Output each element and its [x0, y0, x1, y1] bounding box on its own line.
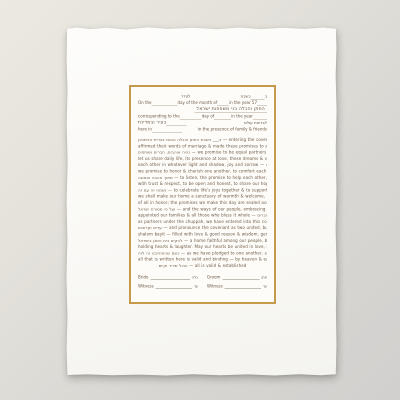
label-day-of: day of: [202, 113, 214, 120]
gold-border-frame: לסדר בשבת ב On the day of the month of i…: [129, 85, 276, 304]
signature-hebrew-label: עד: [194, 284, 198, 289]
signature-hebrew-label: עד: [263, 284, 267, 289]
signature-column-left: Bride כלה Witness עד: [138, 275, 198, 289]
signature-section: Bride כלה Witness עד: [138, 275, 267, 289]
signature-column-right: Groom חתן Witness עד: [207, 275, 267, 289]
hebrew-names-script: החתן והכלה בני משפחות ישראל: [195, 106, 267, 113]
ketubah-body-text: ב‍___ בשבת החתן והכלה נכנסו בברית הנישוא…: [138, 137, 267, 269]
blank-field: [152, 128, 182, 133]
blank-field: [214, 115, 231, 120]
signature-line-witness-left: Witness עד: [138, 284, 198, 289]
label-on-the: On the: [138, 100, 152, 107]
signature-line-groom: Groom חתן: [207, 275, 267, 280]
blank-field: [167, 121, 187, 126]
signature-hebrew-label: כלה: [192, 275, 198, 280]
signature-label: Groom: [207, 275, 220, 280]
label-presence: in the presence of family & friends: [198, 126, 267, 133]
body-text-line: ב‍___ בשבת החתן והכלה נכנסו בברית הנישוא…: [138, 137, 267, 143]
signature-hebrew-label: חתן: [261, 275, 267, 280]
body-text-line: holding hearts & laughter. May our heart…: [138, 244, 267, 250]
ketubah-content: לסדר בשבת ב On the day of the month of i…: [131, 87, 274, 302]
body-text-line: נהיה אוהבים, חברים ושותפים — we promise …: [138, 150, 267, 156]
label-here-in: here in: [138, 126, 152, 133]
signature-blank-line: [225, 285, 261, 290]
signature-label: Witness: [138, 284, 154, 289]
hebrew-corner-letter: ב: [265, 93, 267, 100]
photo-background: לסדר בשבת ב On the day of the month of i…: [0, 0, 400, 400]
signature-label: Witness: [207, 284, 223, 289]
signature-label: Bride: [138, 275, 149, 280]
body-text-line: והכל שריר וקיים — all is valid & establi…: [138, 263, 267, 269]
body-text-line: appointed our families & all those who b…: [138, 213, 267, 219]
header-row-here-in: here in in the presence of family & frie…: [138, 126, 267, 133]
body-text-line: we promise to honor & cherish one anothe…: [138, 168, 267, 174]
body-text-line: shalom bayit — filled with love & good r…: [138, 231, 267, 237]
blank-field: [180, 115, 202, 120]
body-text-line: of all in honor; the promises we make th…: [138, 200, 267, 206]
ketubah-paper-sheet: לסדר בשבת ב On the day of the month of i…: [66, 27, 337, 376]
header-row-names: החתן והכלה בני משפחות ישראל: [138, 106, 267, 113]
signature-line-witness-right: Witness עד: [207, 284, 267, 289]
blank-field: [152, 101, 178, 106]
signature-blank-line: [156, 285, 192, 290]
signature-line-bride: Bride כלה: [138, 275, 198, 280]
signature-blank-line: [151, 276, 190, 281]
signature-blank-line: [222, 276, 259, 281]
body-text-line: with trust & respect, to be open and hon…: [138, 181, 267, 187]
paper-shadow-wrap: לסדר בשבת ב On the day of the month of i…: [0, 0, 400, 400]
body-text-line: all that is written here is valid and bi…: [138, 257, 267, 263]
